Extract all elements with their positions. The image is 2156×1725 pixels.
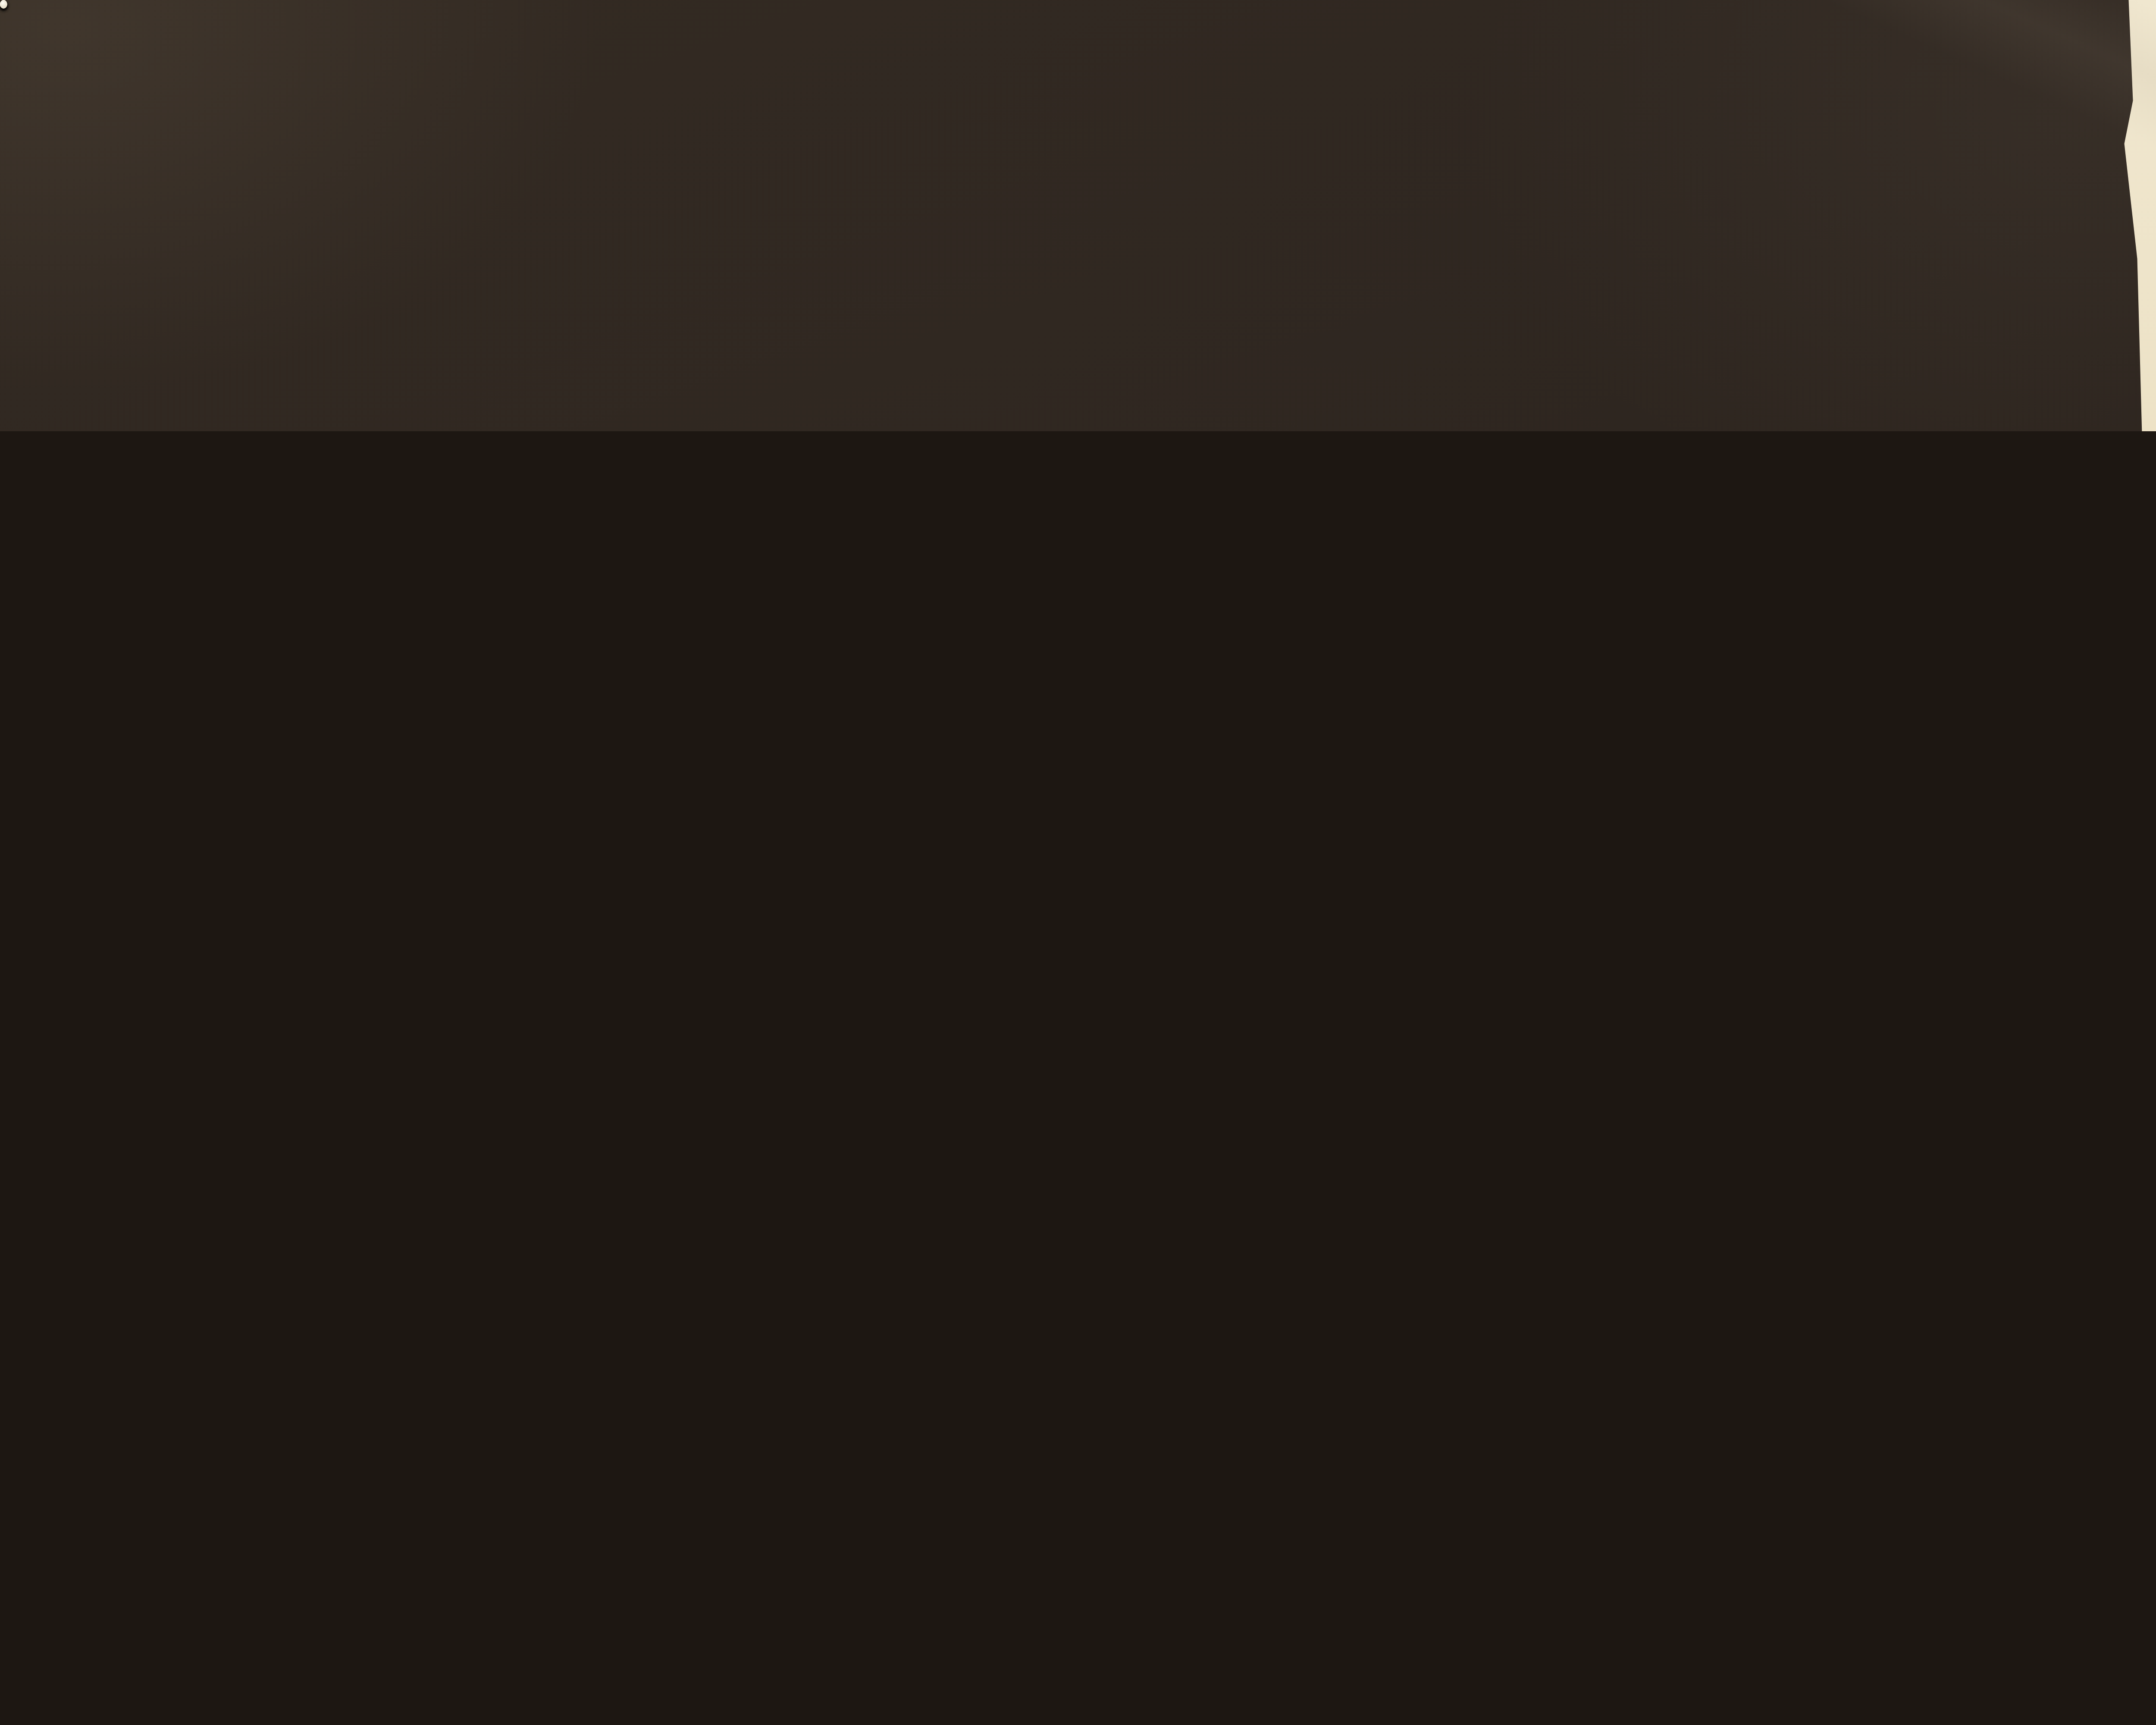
manuscript-photo: সন্ধ্যানিযন্তু বেদবং। ইতিসাক্ষিগুপ্তীঃ ত…: [0, 0, 2156, 431]
paper-fleck: [0, 0, 7, 9]
dark-mat-board: [0, 0, 2156, 431]
